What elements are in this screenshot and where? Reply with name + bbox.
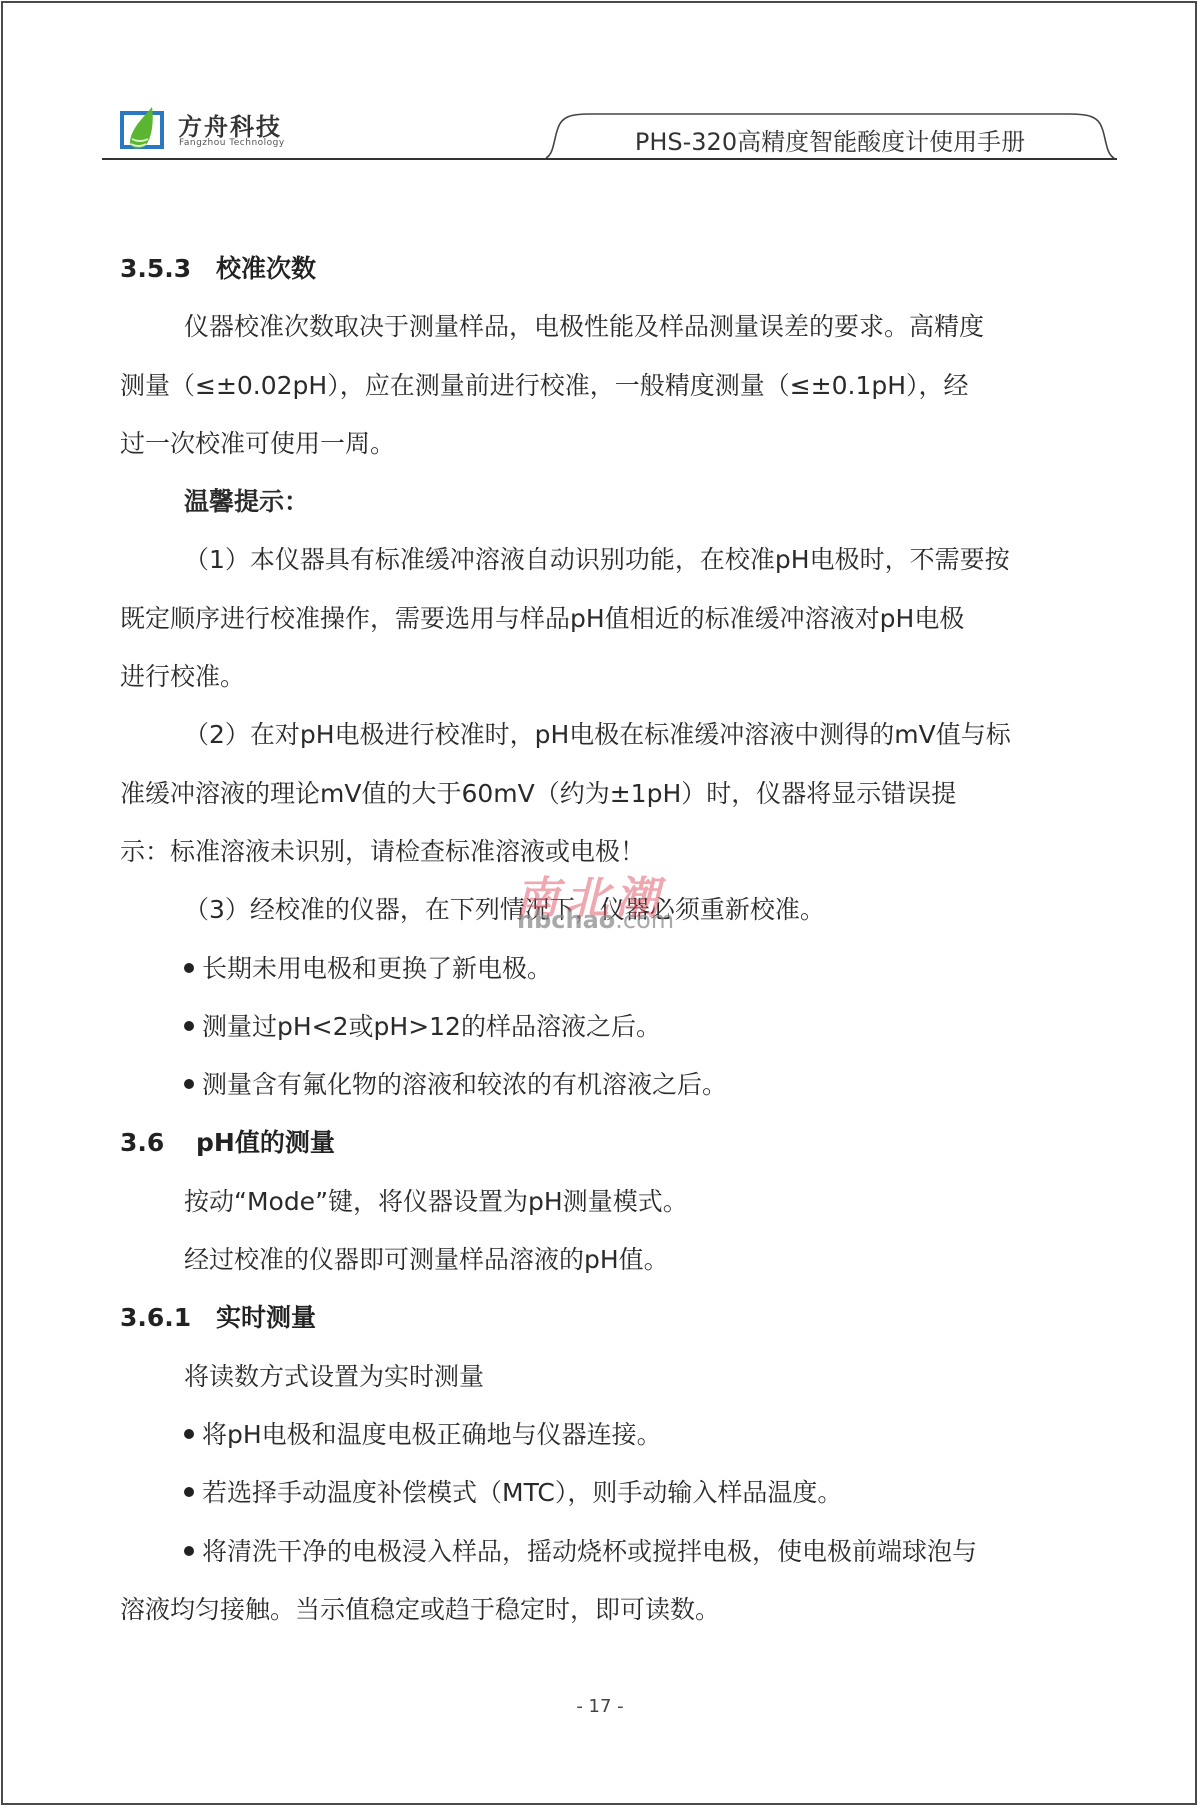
bullet-icon [184,1429,194,1439]
paragraph-line: 经过校准的仪器即可测量样品溶液的pH值。 [120,1231,1120,1289]
line-text: （3）经校准的仪器，在下列情况下，仪器必须重新校准。 [184,895,825,924]
section-heading: 3.6pH值的测量 [120,1114,1120,1172]
paragraph-line: （1）本仪器具有标准缓冲溶液自动识别功能，在校准pH电极时，不需要按 [120,531,1120,589]
logo-text-en: Fangzhou Technology [179,138,285,148]
paragraph-line: 测量（≤±0.02pH），应在测量前进行校准，一般精度测量（≤±0.1pH），经 [120,357,1120,415]
section-title: pH值的测量 [196,1128,335,1157]
section-heading: 3.6.1实时测量 [120,1289,1120,1347]
line-text: 按动“Mode”键，将仪器设置为pH测量模式。 [184,1187,688,1216]
document-body: 3.5.3校准次数仪器校准次数取决于测量样品，电极性能及样品测量误差的要求。高精… [120,240,1120,1639]
line-text: （1）本仪器具有标准缓冲溶液自动识别功能，在校准pH电极时，不需要按 [184,545,1010,574]
bullet-item: 将pH电极和温度电极正确地与仪器连接。 [120,1406,1120,1464]
section-heading: 3.5.3校准次数 [120,240,1120,298]
bullet-icon [184,1546,194,1556]
paragraph-line: 将读数方式设置为实时测量 [120,1348,1120,1406]
section-number: 3.6.1 [120,1289,216,1347]
bullet-item: 长期未用电极和更换了新电极。 [120,940,1120,998]
line-text: 示：标准溶液未识别，请检查标准溶液或电极！ [120,837,645,866]
logo-leaf-icon [118,107,166,151]
section-title: 校准次数 [216,254,316,283]
bullet-icon [184,1487,194,1497]
bullet-item: 测量过pH<2或pH>12的样品溶液之后。 [120,998,1120,1056]
line-text: 长期未用电极和更换了新电极。 [202,954,552,983]
line-text: 将清洗干净的电极浸入样品，摇动烧杯或搅拌电极，使电极前端球泡与 [202,1537,977,1566]
company-logo: 方舟科技 Fangzhou Technology [118,105,298,155]
paragraph-line: （3）经校准的仪器，在下列情况下，仪器必须重新校准。 [120,881,1120,939]
line-text: 准缓冲溶液的理论mV值的大于60mV（约为±1pH）时，仪器将显示错误提 [120,779,956,808]
bullet-item: 若选择手动温度补偿模式（MTC），则手动输入样品温度。 [120,1464,1120,1522]
paragraph-line: 过一次校准可使用一周。 [120,415,1120,473]
line-text: 仪器校准次数取决于测量样品，电极性能及样品测量误差的要求。高精度 [184,312,984,341]
section-number: 3.5.3 [120,240,216,298]
line-text: 溶液均匀接触。当示值稳定或趋于稳定时，即可读数。 [120,1595,720,1624]
paragraph-line: 准缓冲溶液的理论mV值的大于60mV（约为±1pH）时，仪器将显示错误提 [120,765,1120,823]
line-text: 将读数方式设置为实时测量 [184,1362,484,1391]
paragraph-line: 示：标准溶液未识别，请检查标准溶液或电极！ [120,823,1120,881]
line-text: 既定顺序进行校准操作，需要选用与样品pH值相近的标准缓冲溶液对pH电极 [120,604,964,633]
paragraph-line: 溶液均匀接触。当示值稳定或趋于稳定时，即可读数。 [120,1581,1120,1639]
bullet-icon [184,963,194,973]
paragraph-line: 按动“Mode”键，将仪器设置为pH测量模式。 [120,1173,1120,1231]
section-number: 3.6 [120,1114,196,1172]
line-text: （2）在对pH电极进行校准时，pH电极在标准缓冲溶液中测得的mV值与标 [184,720,1011,749]
bullet-item: 将清洗干净的电极浸入样品，摇动烧杯或搅拌电极，使电极前端球泡与 [120,1523,1120,1581]
section-title: 实时测量 [216,1303,316,1332]
bullet-icon [184,1021,194,1031]
line-text: 若选择手动温度补偿模式（MTC），则手动输入样品温度。 [202,1478,842,1507]
line-text: 将pH电极和温度电极正确地与仪器连接。 [202,1420,662,1449]
paragraph-line: 进行校准。 [120,648,1120,706]
logo-text-cn: 方舟科技 [178,107,282,142]
line-text: 温馨提示： [184,487,309,516]
page-number: - 17 - [0,1696,1200,1717]
paragraph-line: （2）在对pH电极进行校准时，pH电极在标准缓冲溶液中测得的mV值与标 [120,706,1120,764]
header-divider [102,158,1117,160]
line-text: 测量过pH<2或pH>12的样品溶液之后。 [202,1012,661,1041]
line-text: 测量（≤±0.02pH），应在测量前进行校准，一般精度测量（≤±0.1pH），经 [120,371,969,400]
manual-title: PHS-320高精度智能酸度计使用手册 [540,122,1120,157]
line-text: 过一次校准可使用一周。 [120,429,395,458]
line-text: 进行校准。 [120,662,245,691]
manual-title-tab: PHS-320高精度智能酸度计使用手册 [540,108,1120,160]
paragraph-line: 仪器校准次数取决于测量样品，电极性能及样品测量误差的要求。高精度 [120,298,1120,356]
line-text: 测量含有氟化物的溶液和较浓的有机溶液之后。 [202,1070,727,1099]
paragraph-line: 既定顺序进行校准操作，需要选用与样品pH值相近的标准缓冲溶液对pH电极 [120,590,1120,648]
bullet-icon [184,1079,194,1089]
tip-label: 温馨提示： [120,473,1120,531]
bullet-item: 测量含有氟化物的溶液和较浓的有机溶液之后。 [120,1056,1120,1114]
line-text: 经过校准的仪器即可测量样品溶液的pH值。 [184,1245,669,1274]
